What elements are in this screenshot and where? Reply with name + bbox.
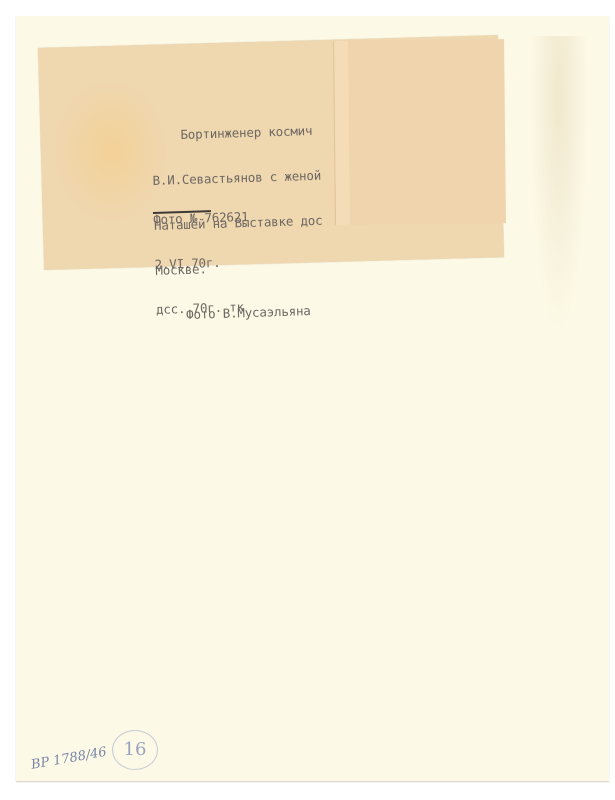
adhesive-tape (333, 39, 506, 225)
photo-metadata: Фото № 762621 2.VI.70г. дсс. 70г. тк (152, 179, 252, 332)
photo-date: 2.VI.70г. (154, 254, 250, 272)
photo-number-row: Фото № 762621 (153, 209, 249, 227)
circled-sheet-number: 16 (112, 730, 158, 770)
photo-note: дсс. 70г. тк (156, 299, 252, 317)
photo-number-label: Фото № (153, 211, 197, 227)
caption-line-1: Бортинженер космич (151, 122, 341, 143)
